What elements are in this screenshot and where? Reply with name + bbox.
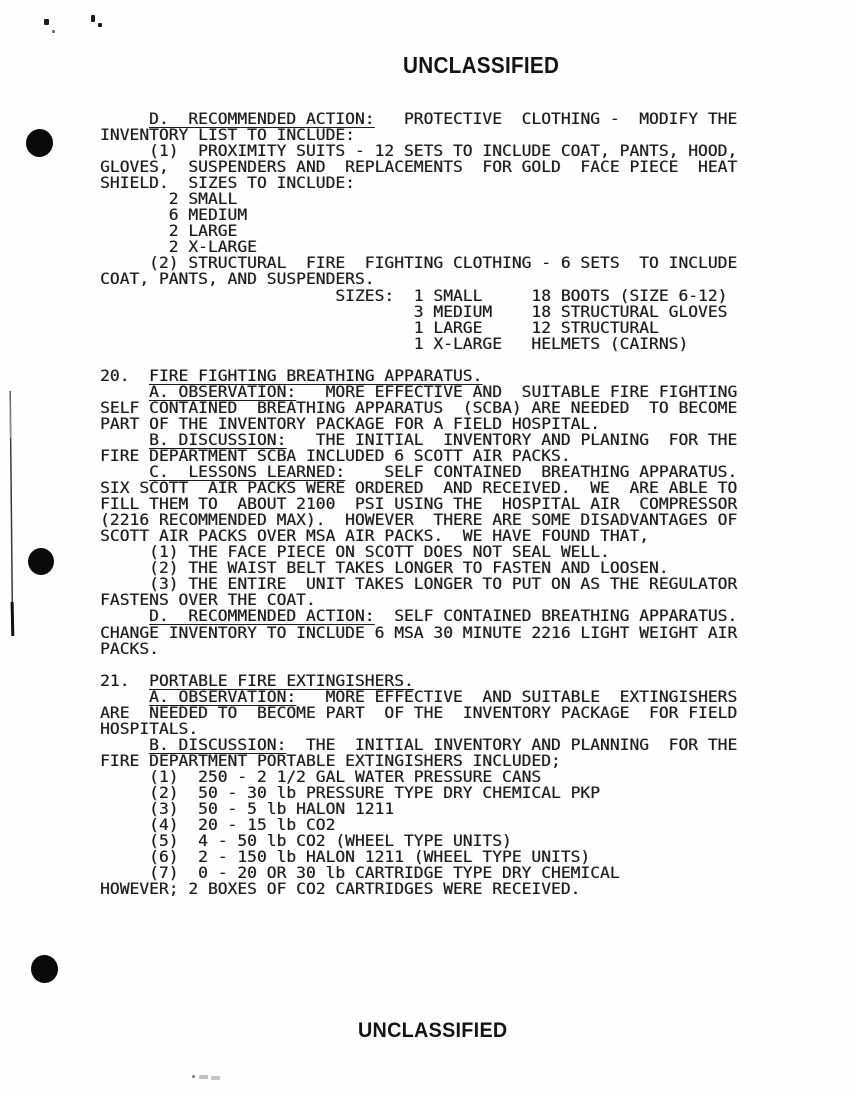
pencil-smudge xyxy=(211,1076,220,1080)
pencil-smudge xyxy=(192,1075,195,1078)
ink-speck xyxy=(52,30,55,33)
text-run: 1 X-LARGE HELMETS (CAIRNS) xyxy=(100,334,688,353)
ink-speck xyxy=(91,15,95,22)
scanned-document-page: UNCLASSIFIED UNCLASSIFIED D. RECOMMENDED… xyxy=(0,0,850,1094)
classification-banner-bottom: UNCLASSIFIED xyxy=(358,1018,507,1043)
document-line: PACKS. xyxy=(100,641,737,657)
text-run: PROTECTIVE CLOTHING - MODIFY THE xyxy=(374,109,737,128)
hole-punch-mark xyxy=(28,548,54,575)
pencil-smudge xyxy=(199,1075,208,1079)
ink-speck xyxy=(98,23,102,27)
classification-banner-top: UNCLASSIFIED xyxy=(403,52,559,79)
ink-speck xyxy=(44,19,49,25)
document-body: D. RECOMMENDED ACTION: PROTECTIVE CLOTHI… xyxy=(100,111,737,897)
document-line: 1 X-LARGE HELMETS (CAIRNS) xyxy=(100,336,737,352)
document-line: CHANGE INVENTORY TO INCLUDE 6 MSA 30 MIN… xyxy=(100,625,737,641)
document-line: HOWEVER; 2 BOXES OF CO2 CARTRIDGES WERE … xyxy=(100,881,737,897)
text-run: CHANGE INVENTORY TO INCLUDE 6 MSA 30 MIN… xyxy=(100,623,737,642)
text-run: HOWEVER; 2 BOXES OF CO2 CARTRIDGES WERE … xyxy=(100,879,580,898)
hole-punch-mark xyxy=(30,954,60,985)
hole-punch-mark xyxy=(24,127,55,158)
